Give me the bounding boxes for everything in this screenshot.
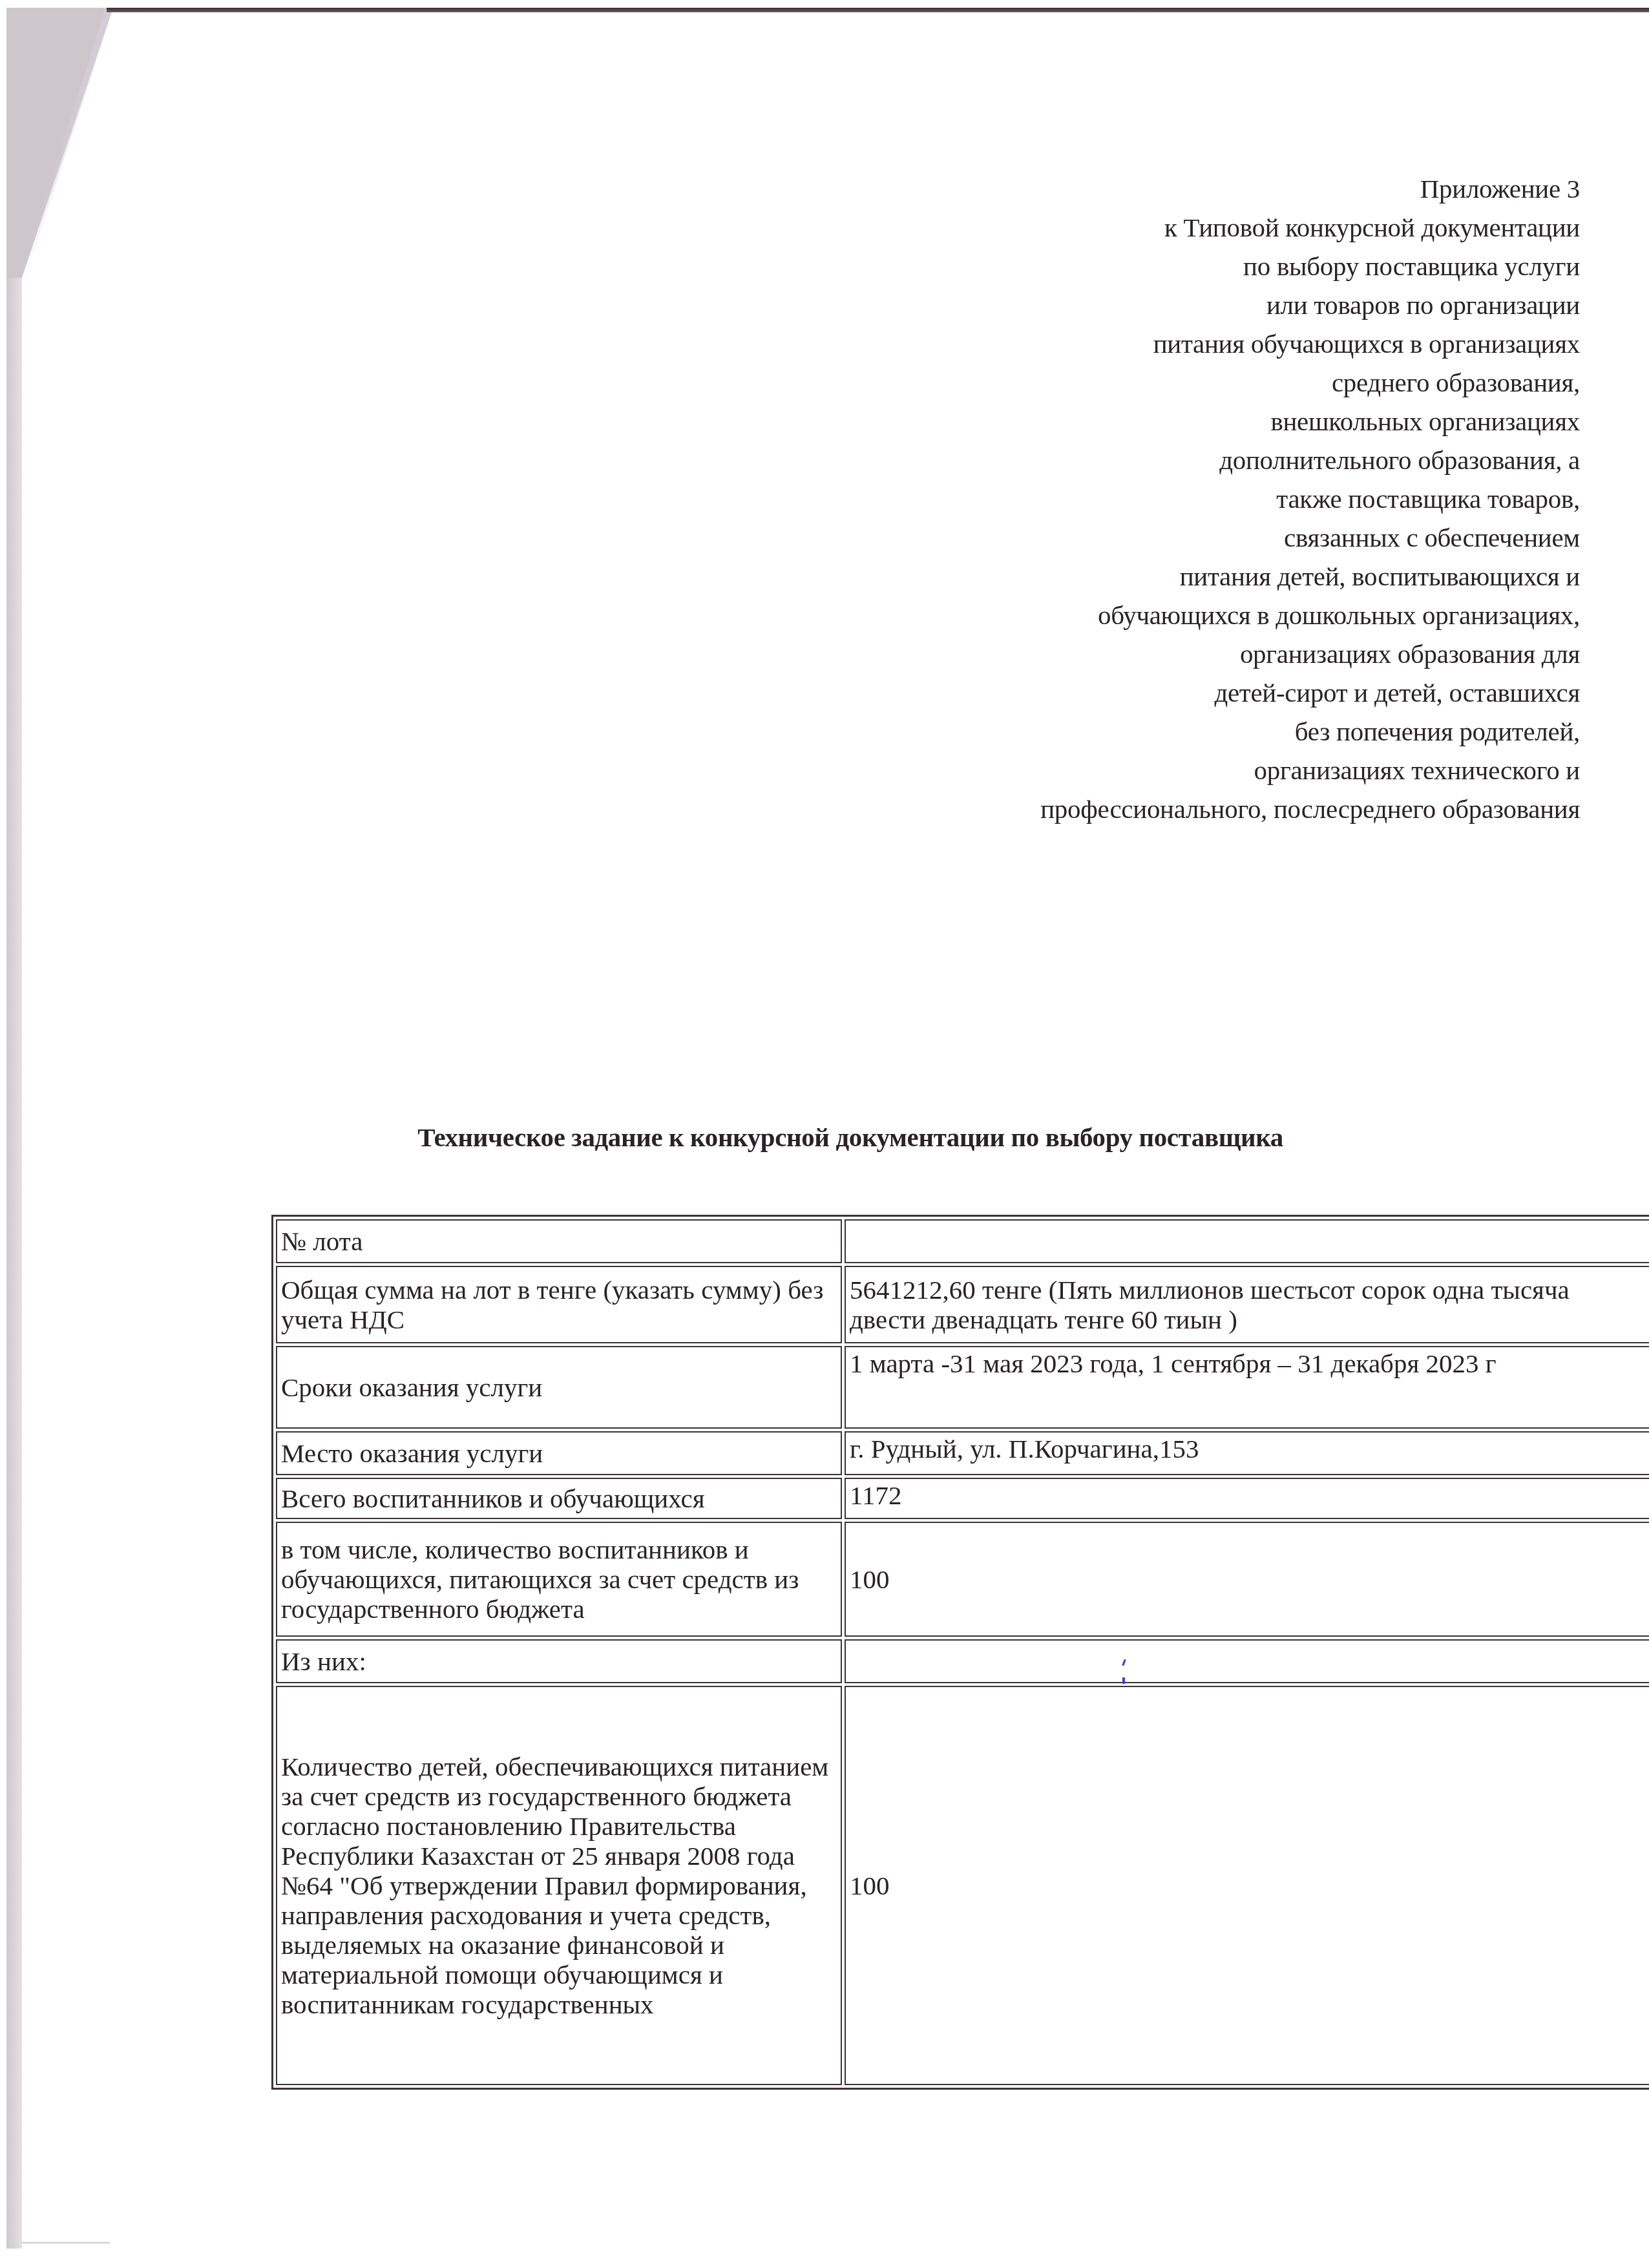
row-label: Сроки оказания услуги: [276, 1346, 842, 1429]
annex-line: организациях технического и: [1040, 751, 1580, 790]
table-row-of-them: Из них:: [276, 1639, 1649, 1683]
row-value: 100: [845, 1686, 1649, 2085]
specification-table: № лота Общая сумма на лот в тенге (указа…: [271, 1215, 1649, 2090]
annex-line: профессионального, послесреднего образов…: [1040, 790, 1580, 828]
row-value: 1 марта -31 мая 2023 года, 1 сентября – …: [845, 1346, 1649, 1429]
annex-line: питания обучающихся в организациях: [1040, 324, 1580, 363]
annex-line: питания детей, воспитывающихся и: [1040, 557, 1580, 596]
row-value: 1172: [845, 1478, 1649, 1519]
row-value: [845, 1219, 1649, 1263]
table-row-service-period: Сроки оказания услуги 1 марта -31 мая 20…: [276, 1346, 1649, 1429]
row-label: Всего воспитанников и обучающихся: [276, 1478, 842, 1519]
table-row-service-location: Место оказания услуги г. Рудный, ул. П.К…: [276, 1431, 1649, 1475]
annex-line: детей-сирот и детей, оставшихся: [1040, 673, 1580, 712]
annex-line: обучающихся в дошкольных организациях,: [1040, 596, 1580, 635]
annex-line: или товаров по организации: [1040, 286, 1580, 324]
row-value: 100: [845, 1522, 1649, 1637]
row-label: № лота: [276, 1219, 842, 1263]
annex-line: внешкольных организациях: [1040, 402, 1580, 441]
scan-top-edge: [107, 8, 1649, 12]
pen-mark: [1123, 1659, 1126, 1684]
amount-text: 5641212,60 тенге (Пять миллионов шестьсо…: [850, 1275, 1612, 1334]
row-label: Из них:: [276, 1639, 842, 1683]
row-label: Общая сумма на лот в тенге (указать сумм…: [276, 1266, 842, 1343]
annex-line: Приложение 3: [1040, 169, 1580, 208]
annex-line: среднего образования,: [1040, 363, 1580, 402]
row-label: Место оказания услуги: [276, 1431, 842, 1475]
scan-left-edge: [6, 278, 22, 2249]
row-value: 5641212,60 тенге (Пять миллионов шестьсо…: [845, 1266, 1649, 1343]
table-row-budget-funded: в том числе, количество воспитанников и …: [276, 1522, 1649, 1637]
annex-line: связанных с обеспечением: [1040, 518, 1580, 557]
row-value: г. Рудный, ул. П.Корчагина,153: [845, 1431, 1649, 1475]
row-label: Количество детей, обеспечивающихся питан…: [276, 1686, 842, 2085]
annex-line: также поставщика товаров,: [1040, 479, 1580, 518]
annex-line: к Типовой конкурсной документации: [1040, 208, 1580, 247]
annex-header: Приложение 3 к Типовой конкурсной докуме…: [1040, 169, 1580, 828]
table-row-total-students: Всего воспитанников и обучающихся 1172: [276, 1478, 1649, 1519]
annex-line: дополнительного образования, а: [1040, 441, 1580, 479]
table-row-lot-number: № лота: [276, 1219, 1649, 1263]
row-value: [845, 1639, 1649, 1683]
table-row-total-amount: Общая сумма на лот в тенге (указать сумм…: [276, 1266, 1649, 1343]
annex-line: организациях образования для: [1040, 635, 1580, 673]
table-row-government-decree-children: Количество детей, обеспечивающихся питан…: [276, 1686, 1649, 2085]
row-label: в том числе, количество воспитанников и …: [276, 1522, 842, 1637]
annex-line: без попечения родителей,: [1040, 712, 1580, 751]
annex-line: по выбору поставщика услуги: [1040, 247, 1580, 286]
document-title: Техническое задание к конкурсной докумен…: [0, 1122, 1649, 1153]
